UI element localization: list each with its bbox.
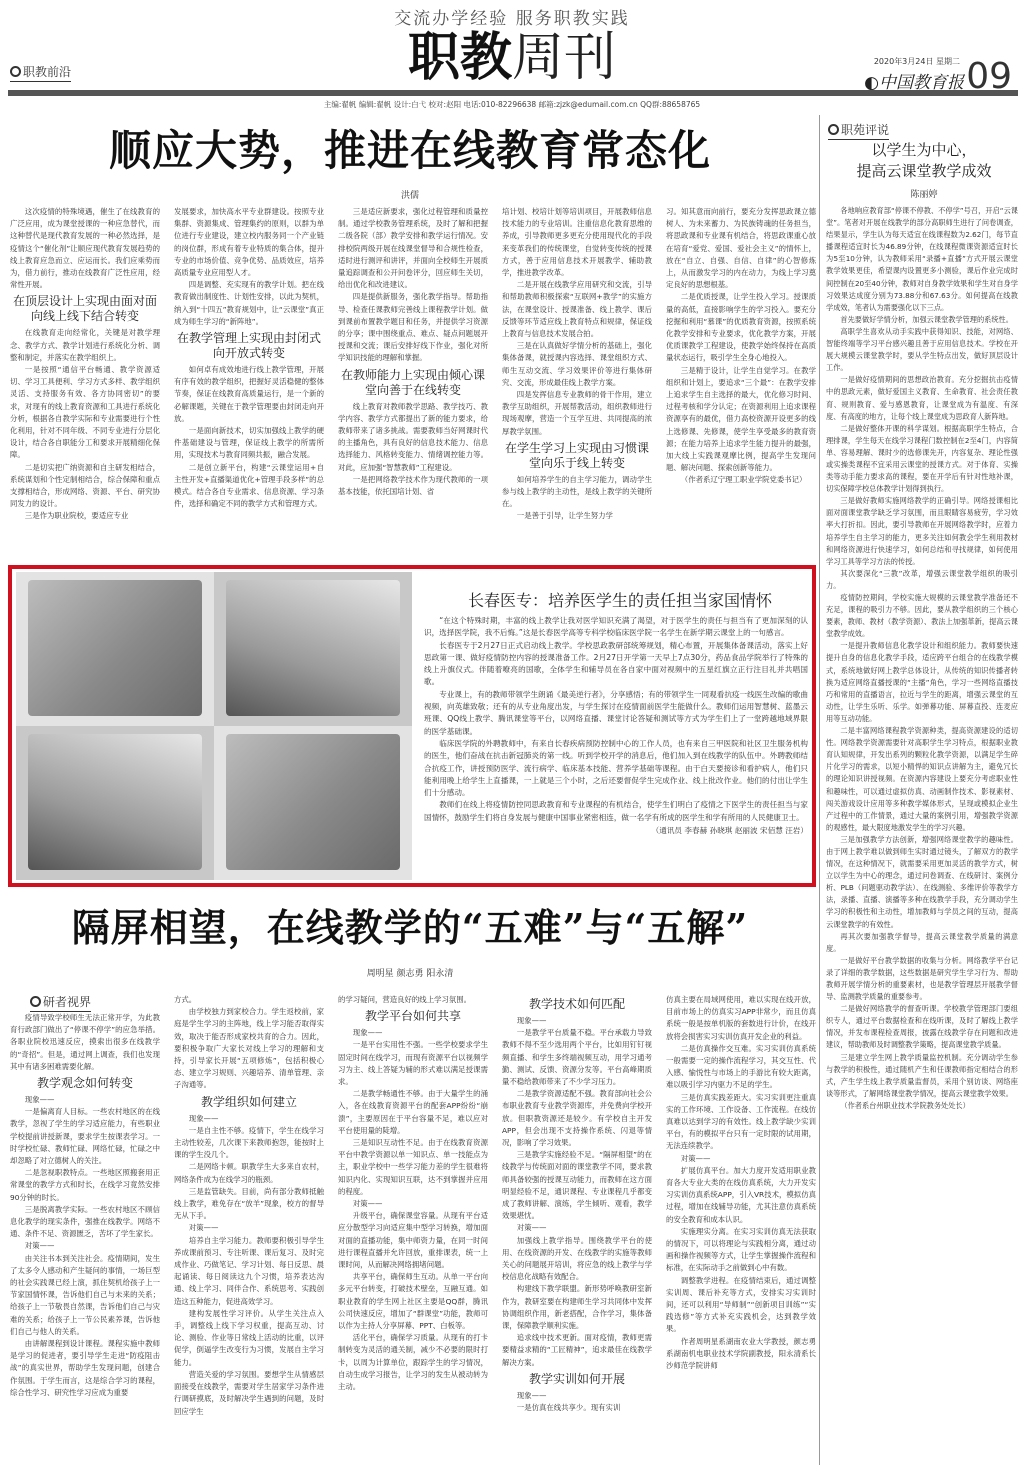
article2-section-tag: 研者视界	[30, 992, 91, 1012]
article2-column: 方式。由学校独力到家校合力。学生返校前，家庭是学生学习的主阵地，线上学习能否取得…	[174, 994, 324, 1467]
paragraph: 一是自主性不够。疫情下，学生在线学习主动性较差，几次课下来教师抱怨，能按时上课的…	[174, 1125, 324, 1162]
paragraph: 共享平台，确保师生互动。从单一平台向多元平台转变，打破技术壁垒，互融互通。如职业…	[338, 1271, 488, 1332]
article2-title: 隔屏相望，在线教学的“五难”与“五解”	[0, 905, 820, 951]
paragraph: 对策——	[338, 1198, 488, 1210]
paragraph: 二是丰富网络课程教学资源种类，提高资源建设的适切性。网络教学资源需要针对高职学生…	[826, 725, 1018, 834]
photo-student-studying	[226, 734, 400, 870]
paragraph: 对策——	[502, 1222, 652, 1234]
paragraph: “在这个特殊时期，丰富的线上教学让我对医学知识充满了渴望，对于医学生的责任与担当…	[424, 615, 808, 640]
left-section-tag: 职教前沿	[10, 62, 71, 82]
paragraph: 三是知识互动性不足。由于在线教育资源平台中教学资源以单一知识点、单一技能点为主，…	[338, 1137, 488, 1198]
paragraph: 方式。	[174, 994, 324, 1006]
paragraph: 二是网络卡顿。职教学生大多来自农村，网络条件成为在线学习的瓶颈。	[174, 1161, 324, 1185]
article1-column: 三是适应新要求，强化过程管理和质量控制。通过学校教务管理系统，及时了解和把握二级…	[338, 206, 488, 558]
paragraph: 仿真主要在局域网使用，难以实现在线开放，目前市场上的仿真实习APP非常少，而且仿…	[666, 994, 816, 1043]
paragraph: 四是提供新服务，强化教学指导。帮助指导、检查任课教师完善线上课程教学计划。做到课…	[338, 291, 488, 364]
paragraph: 二是开展在线教学应用研究和交流，引导和帮助教师积极探索“互联网+教学”的实施方法…	[502, 279, 652, 340]
sidebar-author: 陈丽婷	[826, 187, 1022, 200]
boxed-body: “在这个特殊时期，丰富的线上教学让我对医学知识充满了渴望，对于医学生的责任与担当…	[424, 615, 808, 837]
paragraph: 加强线上教学指导。围绕教学平台的使用、在线资源的开发、在线教学的实施等教师关心的…	[502, 1235, 652, 1284]
paragraph: 追求线中技术更新。面对疫情，教师更需要精益求精的“工匠精神”，追求最佳在线教学解…	[502, 1332, 652, 1369]
paragraph: 习。知其意而向前行，要充分发挥思政课立德树人、为未来蓄力、为民族铸魂的任务担当，…	[666, 206, 816, 291]
paragraph: 三是适应新要求，强化过程管理和质量控制。通过学校教务管理系统，及时了解和把握二级…	[338, 206, 488, 291]
paragraph: 三是建立学生网上教学质量监控机制。充分调动学生参与教学的积极性，通过随机产生和任…	[826, 1052, 1018, 1100]
paragraph: 一是按照“通信平台畅通、教学资源适切、学习工具便利、学习方式多样、教学组织灵活、…	[10, 364, 160, 462]
header-slogan: 交流办学经验 服务职教实践	[0, 4, 1024, 29]
photo-teacher-laptop	[28, 580, 202, 716]
paragraph: 对策——	[10, 1240, 160, 1252]
circle-icon	[828, 124, 839, 135]
paragraph: 对策——	[174, 1222, 324, 1234]
paragraph: 由讲解课程到设计课程。课程实施中教师是学习的促进者，要引导学生走进“防疫阻击战”…	[10, 1338, 160, 1399]
article1-author: 洪儒	[0, 188, 820, 201]
paragraph: 对策——	[666, 1153, 816, 1165]
boxed-signature: （通讯员 李春赫 孙晓琪 赵丽波 宋佰慧 汪岩）	[424, 825, 808, 837]
paragraph: 疫情防控期间，学校实施大规模的云课堂教学准备还不充足，课程的吸引力不够。因此，要…	[826, 592, 1018, 640]
paragraph: 现象——	[338, 1027, 488, 1039]
paragraph: 一是提升教师信息化教学设计和组织能力。教师要快速提升自身的信息化教学手段，适应跨…	[826, 640, 1018, 725]
issue-date: 2020年3月24日 星期二	[874, 56, 960, 67]
paragraph: 教师们在线上将疫情防控同思政教育和专业课程的有机结合，使学生们明白了疫情之下医学…	[424, 799, 808, 824]
paragraph: 一是善于引导，让学生努力学	[502, 510, 652, 522]
sidebar-section-tag: 职苑评说	[828, 120, 889, 140]
subheading: 教学组织如何建立	[174, 1095, 324, 1110]
column-divider	[819, 115, 820, 1465]
paragraph: 疫情导致学校师生无法正常开学，为此教育行政部门做出了“停课不停学”的应急举措。各…	[10, 1012, 160, 1073]
subheading: 教学实训如何开展	[502, 1372, 652, 1387]
paragraph: 高职学生喜欢从动手实践中获得知识、技能，对网络、智能终端等学习平台感兴趣且善于应…	[826, 326, 1018, 374]
sidebar-signature: （作者系台州职业技术学院教务处处长）	[826, 1100, 1018, 1112]
circle-icon	[10, 66, 21, 77]
paragraph: 培养自主学习能力。教师要积极引导学生养成课前预习、专注听课、课后复习、及时完成作…	[174, 1235, 324, 1308]
paragraph: 的学习疑问，营造良好的线上学习氛围。	[338, 994, 488, 1006]
subheading: 在教学管理上实现由封闭式向开放式转变	[174, 331, 324, 361]
paragraph: 这次疫情的特殊境遇，催生了在线教育的广泛应用，成为课堂授课的一种应急替代，而这种…	[10, 206, 160, 291]
paragraph: 活化平台，确保学习质量。从现有的打卡制转变为灵活的通关制，减少不必要的限时打卡，…	[338, 1332, 488, 1393]
header-rule	[8, 90, 1018, 96]
circle-icon	[30, 996, 41, 1007]
paragraph: 专业课上，有的教师带领学生朗诵《最美逆行者》，分享感悟；有的带领学生一同观看抗疫…	[424, 689, 808, 738]
article1-column: 习。知其意而向前行，要充分发挥思政课立德树人、为未来蓄力、为民族铸魂的任务担当，…	[666, 206, 816, 558]
photo-grid	[16, 572, 412, 880]
paragraph: 一是做好平台教学数据的收集与分析。网络教学平台记录了详细的教学数据，这些数据是研…	[826, 955, 1018, 1003]
article1-title: 顺应大势，推进在线教育常态化	[0, 126, 820, 176]
paragraph: 二是教学资源适配不强。教育部向社会公布职业教育专业教学资源库，并免费向学校开放。…	[502, 1088, 652, 1149]
subheading: 在学生学习上实现由习惯课堂向乐于线上转变	[502, 441, 652, 471]
paragraph: 二是做好整体开课的科学谋划。根据高职学生特点，合理排课，学生每天在线学习课程门数…	[826, 423, 1018, 496]
paragraph: 升级平台，确保课堂容量。从现有平台适应分散型学习向适应集中型学习转换，增加面对面…	[338, 1210, 488, 1271]
article1-column: 培计划、校培计划等培训项目，开展教师信息技术能力的专业培训。注重信息化教育思维的…	[502, 206, 652, 558]
article2-authors: 周明星 颜志勇 阳永清	[0, 966, 820, 979]
paragraph: 三是脱离教学实际。一些农村地区不顾信息化教学的现实条件，强推在线教学。网络不通、…	[10, 1204, 160, 1241]
sidebar-body: 各地响应教育部“停课不停教、不停学”号召，开启“云课堂”。笔者对开展在线教学的部…	[826, 205, 1018, 1467]
masthead-bold: 职教	[408, 28, 512, 88]
paragraph: （作者系辽宁理工职业学院党委书记）	[666, 474, 816, 486]
paragraph: 其次要深化“三教”改革，增强云课堂教学组织的吸引力。	[826, 568, 1018, 592]
article2-column: 教学技术如何匹配现象——一是教学平台质量不稳。平台承载力导致教师不得不至少选用两…	[502, 994, 652, 1467]
boxed-title: 长春医专：培养医学生的责任担当家国情怀	[428, 588, 812, 611]
paragraph: 一是把网络教学技术作为现代教师的一项基本技能，依托国培计划、省	[338, 474, 488, 498]
paragraph: 一是做好疫情期间的思想政治教育。充分挖掘抗击疫情中的思政元素，做好爱国主义教育、…	[826, 374, 1018, 422]
paragraph: 现象——	[502, 1015, 652, 1027]
paragraph: 三是在认真做好学情分析的基础上，强化集体备课，就授课内容选择、课堂组织方式、师生…	[502, 340, 652, 389]
paragraph: 三是作为职业院校，要适应专业	[10, 510, 160, 522]
subheading: 在教师能力上实现由倾心课堂向善于在线转变	[338, 368, 488, 398]
paragraph: 三是教学实施经验不足。“隔屏相望”的在线教学与传统面对面的课堂教学不同，要求教师…	[502, 1149, 652, 1222]
paragraph: 现象——	[502, 1390, 652, 1402]
article2-column: 的学习疑问，营造良好的线上学习氛围。教学平台如何共享现象——一是平台实用性不强。…	[338, 994, 488, 1467]
paragraph: 营造关爱的学习氛围。要想学生从情感层面接受在线教学，需要对学生居家学习条件进行调…	[174, 1369, 324, 1418]
subheading: 教学技术如何匹配	[502, 997, 652, 1012]
paragraph: 现象——	[174, 1113, 324, 1125]
paragraph: 发展要求，加快高水平专业群建设。按照专业集群、资源集成、管理集约的原则，以群为单…	[174, 206, 324, 279]
article2-column: 仿真主要在局域网使用，难以实现在线开放，目前市场上的仿真实习APP非常少，而且仿…	[666, 994, 816, 1467]
paragraph: 二是创立新平台，构建“云课堂运用+自主性开发+直播渠道优化+管理手段多样”的总模…	[174, 462, 324, 511]
paragraph: 临床医学院的外聘教师中，有来自长春疾病预防控制中心的工作人员，也有来自三甲医院和…	[424, 738, 808, 799]
paragraph: 建构发展性学习评价。从学生关注点入手，调整线上线下学习权重，提高互动、讨论、测验…	[174, 1308, 324, 1369]
paragraph: 线上教育对教师教学思路、教学技巧、教学内容、教学方式都提出了新的能力要求，给教师…	[338, 401, 488, 474]
paragraph: 在线教育走向经常化，关键是对教学理念、教学方式、教学计划进行系统化分析、调整和制…	[10, 327, 160, 364]
article1-column: 这次疫情的特殊境遇，催生了在线教育的广泛应用，成为课堂授课的一种应急替代，而这种…	[10, 206, 160, 558]
paragraph: 一是教学平台质量不稳。平台承载力导致教师不得不至少选用两个平台，比如用钉钉视频直…	[502, 1027, 652, 1088]
photo-teacher-phone	[226, 580, 400, 716]
paragraph: 实施理实分离。在实习实训仿真无法获取的情况下，可以将理论与实践相分离，通过动画和…	[666, 1226, 816, 1275]
paragraph: 构建线下教学联盟。新形势呼唤教研室新作为，教研室要在构建师生学习共同体中发挥协调…	[502, 1283, 652, 1332]
paragraph: 一是偏离育人目标。一些农村地区的在线教学，忽视了学生的学习适应能力，有些职业学校…	[10, 1106, 160, 1167]
paragraph: 由关注书本到关注社会。疫情期间，发生了太多令人感动和产生疑问的事情，一场巨型的社…	[10, 1253, 160, 1338]
paragraph: 三是加强教学方法创新，增强网络课堂教学的趣味性。由于网上教学难以做到师生实时通过…	[826, 834, 1018, 931]
subheading: 在顶层设计上实现由面对面向线上线下结合转变	[10, 294, 160, 324]
photo-teacher-typing	[28, 734, 202, 870]
paragraph: 二是教学畅通性不够。由于大量学生的涌入，各在线教育资源平台的配套APP纷纷“崩溃…	[338, 1088, 488, 1137]
paragraph: 三是精于设计，让学生自觉学习。在教学组织和计划上，要追求“三个最”：在教学安排上…	[666, 365, 816, 475]
paragraph: 各地响应教育部“停课不停教、不停学”号召，开启“云课堂”。笔者对开展在线教学的部…	[826, 205, 1018, 314]
paragraph: 调整教学进程。在疫情结束后，通过调整实训周、课后补充等方式，安排实习实训时间，还…	[666, 1275, 816, 1336]
article2-column: 疫情导致学校师生无法正常开学，为此教育行政部门做出了“停课不停学”的应急举措。各…	[10, 1012, 160, 1467]
paragraph: 一是面向新技术，切实加强线上教学的硬件基础建设与管理，保证线上教学的所需所用，实…	[174, 425, 324, 462]
paragraph: 首先要做好学情分析，加强云课堂教学管理的系统性。	[826, 314, 1018, 326]
paragraph: 作者周明星系湖南农业大学教授，颜志勇系湖南机电职业技术学院副教授，阳永清系长沙师…	[666, 1336, 816, 1373]
paragraph: 培计划、校培计划等培训项目，开展教师信息技术能力的专业培训。注重信息化教育思维的…	[502, 206, 652, 279]
paragraph: 四是发挥信息专业教师的骨干作用，建立教学互助组织，开展帮教活动，组织教师进行现场…	[502, 389, 652, 438]
paragraph: 扩展仿真平台。加大力度开发适用职业教育各大专业大类的在线仿真系统，大力开发实习实…	[666, 1165, 816, 1226]
paragraph: 二是仿真操作交互难。实习实训仿真系统一般需要一定的操作流程学习，其交互性、代入感…	[666, 1043, 816, 1092]
paragraph: 一是仿真在线共享少。现有实训	[502, 1402, 652, 1414]
paragraph: 三是监管缺失。目前，尚有部分教师抵触线上教学，难免存在“放羊”现象，校方的督导无…	[174, 1186, 324, 1223]
paragraph: 现象——	[10, 1094, 160, 1106]
paragraph: 二是切实把广纳资源和自主研发相结合，系统谋划和个性定制相结合，综合保障和重点支撑…	[10, 462, 160, 511]
paragraph: 再其次要加强教学督导，提高云课堂教学质量的满意度。	[826, 931, 1018, 955]
paragraph: 二是忽视职教特点。一些地区照搬套用正常课堂的教学方式和时长，在线学习竟然安排90…	[10, 1167, 160, 1204]
paragraph: 如何卓有成效地进行线上教学管理，开展有序有效的教学组织，把握好灵活稳健的整体节奏…	[174, 364, 324, 425]
paragraph: 由学校独力到家校合力。学生返校前，家庭是学生学习的主阵地，线上学习能否取得实效，…	[174, 1006, 324, 1091]
editorial-credits: 主编:翟帆 编辑:翟帆 设计:白弋 校对:赵阳 电话:010-82296638 …	[0, 99, 1024, 110]
sidebar-title: 以学生为中心， 提高云课堂教学成效	[826, 140, 1022, 182]
paragraph: 四是调整、充实现有的教学计划。把在线教育做出制度性、计划性安排，以此为契机，纳入…	[174, 279, 324, 328]
paragraph: 如何培养学生的自主学习能力，调动学生参与线上教学的主动性，是线上教学的关键所在。	[502, 474, 652, 511]
subheading: 教学平台如何共享	[338, 1009, 488, 1024]
article1-column: 发展要求，加快高水平专业群建设。按照专业集群、资源集成、管理集约的原则，以群为单…	[174, 206, 324, 558]
paragraph: 三是做好教师实施网络教学的正确引导。网络授课相比面对面课堂教学缺乏学习氛围，而且…	[826, 495, 1018, 568]
paragraph: 三是仿真实践差距大。实习实训更注重真实的工作环境、工作设备、工作流程。在线仿真难…	[666, 1092, 816, 1153]
masthead-light: 周刊	[512, 28, 616, 88]
paragraph: 二是优质授课，让学生投入学习。授课质量的高低，直接影响学生的学习投入。要充分挖掘…	[666, 291, 816, 364]
subheading: 教学观念如何转变	[10, 1076, 160, 1091]
paragraph: 长春医专于2月27日正式启动线上教学。学校思政教研部统筹规划，精心布置，开展集体…	[424, 640, 808, 689]
paragraph: 一是平台实用性不强。一些学校要求学生固定时间在线学习，而现有资源平台以视频学习为…	[338, 1039, 488, 1088]
paragraph: 二是做好网络教学的督查听课。学校教学管理部门要组织专人，通过平台数据检查和在线听…	[826, 1003, 1018, 1051]
